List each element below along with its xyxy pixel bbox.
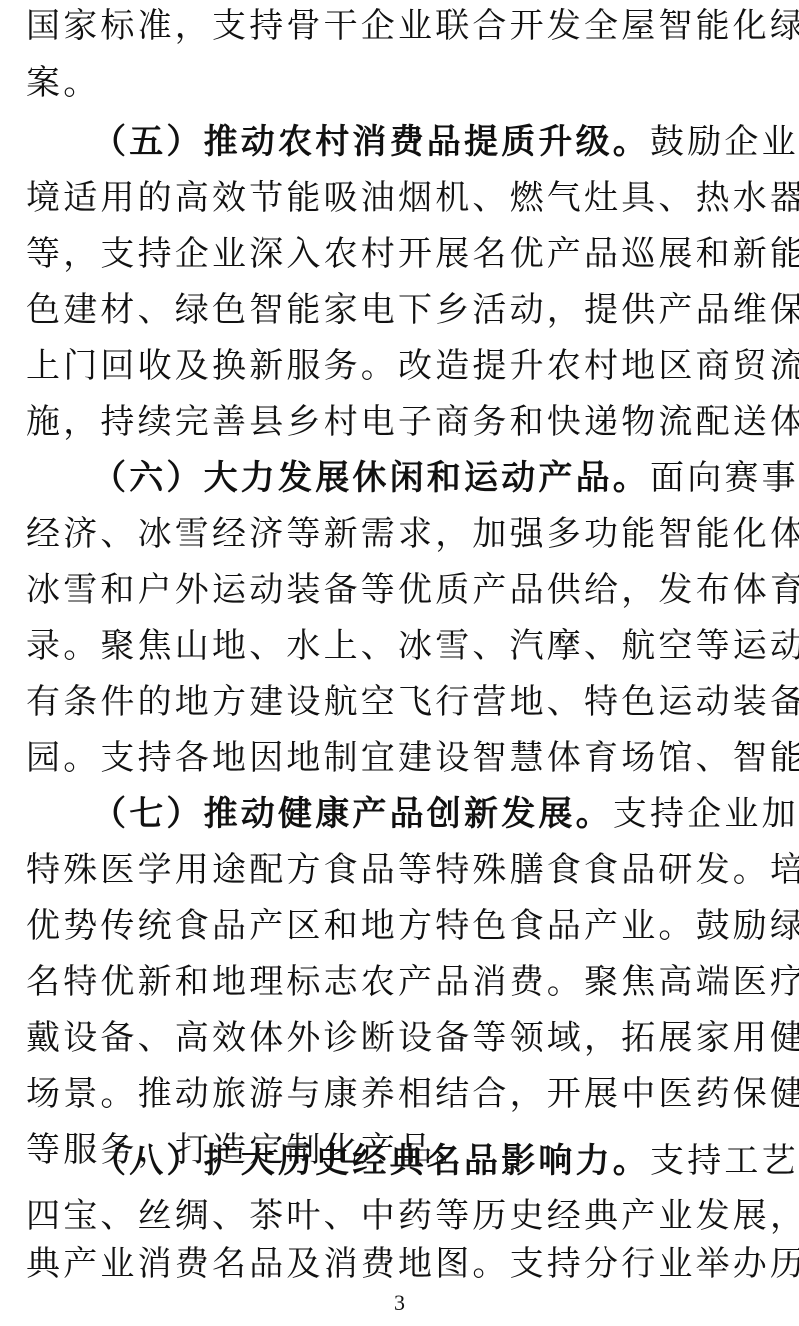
line-text: 典产业消费名品及消费地图。支持分行业举办历史经典产品 — [26, 1244, 799, 1284]
line-text: 面向赛事经济、户外 — [650, 458, 799, 498]
line-text: 名特优新和地理标志农产品消费。聚焦高端医疗器械、可穿 — [26, 962, 799, 1002]
text-line: 色建材、绿色智能家电下乡活动，提供产品维保、价值评估、 — [26, 290, 776, 330]
line-text: 色建材、绿色智能家电下乡活动，提供产品维保、价值评估、 — [26, 290, 799, 330]
text-line: 戴设备、高效体外诊断设备等领域，拓展家用健康管理应用 — [26, 1018, 776, 1058]
section-heading-line-5: （五）推动农村消费品提质升级。鼓励企业开发农村环 — [92, 122, 776, 162]
text-line: 录。聚焦山地、水上、冰雪、汽摩、航空等运动热点，支持 — [26, 626, 776, 666]
line-text: 国家标准，支持骨干企业联合开发全屋智能化绿色化解决方 — [26, 6, 799, 46]
text-line: 等，支持企业深入农村开展名优产品巡展和新能源汽车、绿 — [26, 234, 776, 274]
section-8-heading-line: （八）扩大历史经典名品影响力。支持工艺美术、文房 — [92, 1141, 776, 1181]
text-line: 名特优新和地理标志农产品消费。聚焦高端医疗器械、可穿 — [26, 962, 776, 1002]
line-text: 施，持续完善县乡村电子商务和快递物流配送体系。 — [26, 402, 799, 442]
page-number: 3 — [0, 1290, 799, 1316]
line-text: 经济、冰雪经济等新需求，加强多功能智能化体育健身器材、 — [26, 514, 799, 554]
text-line: 园。支持各地因地制宜建设智慧体育场馆、智能体育公园等。 — [26, 738, 776, 778]
line-text: 优势传统食品产区和地方特色食品产业。鼓励绿色、有机、 — [26, 906, 799, 946]
document-page: 国家标准，支持骨干企业联合开发全屋智能化绿色化解决方 案。 （五）推动农村消费品… — [0, 0, 799, 1326]
line-text: 场景。推动旅游与康养相结合，开展中医药保健、药膳食疗 — [26, 1074, 799, 1114]
text-line: 施，持续完善县乡村电子商务和快递物流配送体系。 — [26, 402, 776, 442]
text-line: 案。 — [26, 63, 776, 103]
text-line: 经济、冰雪经济等新需求，加强多功能智能化体育健身器材、 — [26, 514, 776, 554]
section-heading: （五）推动农村消费品提质升级。 — [92, 122, 650, 162]
text-line: 典产业消费名品及消费地图。支持分行业举办历史经典产品 — [26, 1244, 776, 1284]
line-text: 冰雪和户外运动装备等优质产品供给，发布体育优品推广目 — [26, 570, 799, 610]
line-text: 案。 — [26, 63, 100, 103]
text-line: 境适用的高效节能吸油烟机、燃气灶具、热水器、卫浴产品 — [26, 178, 776, 218]
text-line: 四宝、丝绸、茶叶、中药等历史经典产业发展，发布历史经 — [26, 1196, 776, 1236]
line-text: 戴设备、高效体外诊断设备等领域，拓展家用健康管理应用 — [26, 1018, 799, 1058]
line-text: 特殊医学用途配方食品等特殊膳食食品研发。培育认定一批 — [26, 850, 799, 890]
text-line: 上门回收及换新服务。改造提升农村地区商贸流通基础设 — [26, 346, 776, 386]
line-text: 等，支持企业深入农村开展名优产品巡展和新能源汽车、绿 — [26, 234, 799, 274]
section-heading: （八）扩大历史经典名品影响力。 — [92, 1141, 650, 1181]
line-text: 支持企业加强保健食品、 — [613, 794, 799, 834]
line-text: 境适用的高效节能吸油烟机、燃气灶具、热水器、卫浴产品 — [26, 178, 799, 218]
line-text: 有条件的地方建设航空飞行营地、特色运动装备器材产业 — [26, 682, 799, 722]
line-text: 录。聚焦山地、水上、冰雪、汽摩、航空等运动热点，支持 — [26, 626, 799, 666]
text-line: 场景。推动旅游与康养相结合，开展中医药保健、药膳食疗 — [26, 1074, 776, 1114]
section-heading-line-6: （六）大力发展休闲和运动产品。面向赛事经济、户外 — [92, 458, 776, 498]
section-heading: （七）推动健康产品创新发展。 — [92, 794, 613, 834]
section-heading: （六）大力发展休闲和运动产品。 — [92, 458, 650, 498]
line-text: 支持工艺美术、文房 — [650, 1141, 799, 1181]
section-heading-line-7: （七）推动健康产品创新发展。支持企业加强保健食品、 — [92, 794, 776, 834]
line-text: 上门回收及换新服务。改造提升农村地区商贸流通基础设 — [26, 346, 799, 386]
text-line: 优势传统食品产区和地方特色食品产业。鼓励绿色、有机、 — [26, 906, 776, 946]
line-text: 园。支持各地因地制宜建设智慧体育场馆、智能体育公园等。 — [26, 738, 799, 778]
text-line: 有条件的地方建设航空飞行营地、特色运动装备器材产业 — [26, 682, 776, 722]
line-text: 鼓励企业开发农村环 — [650, 122, 799, 162]
text-line: 国家标准，支持骨干企业联合开发全屋智能化绿色化解决方 — [26, 6, 776, 46]
text-line: 特殊医学用途配方食品等特殊膳食食品研发。培育认定一批 — [26, 850, 776, 890]
line-text: 四宝、丝绸、茶叶、中药等历史经典产业发展，发布历史经 — [26, 1196, 799, 1236]
text-line: 冰雪和户外运动装备等优质产品供给，发布体育优品推广目 — [26, 570, 776, 610]
